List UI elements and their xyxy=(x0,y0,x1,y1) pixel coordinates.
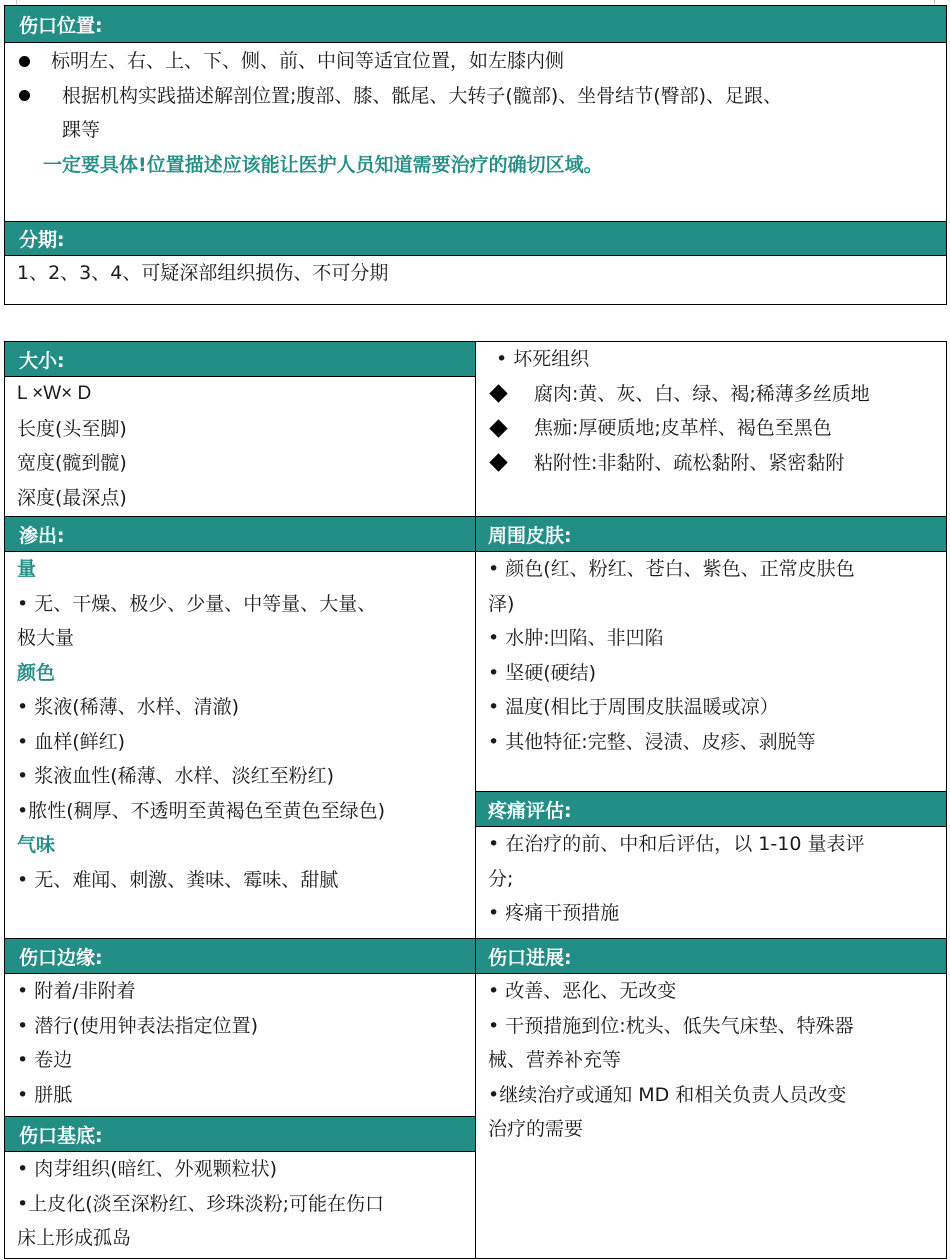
diamond-bullet-icon xyxy=(489,454,507,472)
progress-line: 械、营养补充等 xyxy=(476,1043,946,1078)
diamond-bullet-icon xyxy=(489,385,507,403)
size-header: 大小: xyxy=(5,342,475,377)
periwound-title: 周围皮肤: xyxy=(488,521,572,548)
exudate-color-line: • 浆液血性(稀薄、水样、淡红至粉红) xyxy=(5,759,475,794)
pain-cell: 疼痛评估: • 在治疗的前、中和后评估，以 1-10 量表评 分; • 疼痛干预… xyxy=(476,791,946,938)
necrotic-item: 焦痂:厚硬质地;皮革样、褐色至黑色 xyxy=(476,411,946,446)
periwound-cell: 周围皮肤: • 颜色(红、粉红、苍白、紫色、正常皮肤色 泽) • 水肿:凹陷、非… xyxy=(476,516,946,791)
exudate-color-line: •脓性(稠厚、不透明至黄褐色至黄色至绿色) xyxy=(5,794,475,829)
location-bullet-1: 标明左、右、上、下、侧、前、中间等适宜位置，如左膝内侧 xyxy=(5,44,946,79)
diamond-bullet-icon xyxy=(489,419,507,437)
necrotic-item: 粘附性:非黏附、疏松黏附、紧密黏附 xyxy=(476,446,946,481)
edges-line: • 胼胝 xyxy=(5,1078,475,1113)
exudate-title: 渗出: xyxy=(19,521,65,548)
progress-title: 伤口进展: xyxy=(488,943,572,970)
edges-line: • 附着/非附着 xyxy=(5,974,475,1009)
size-line: 宽度(髋到髋) xyxy=(5,446,475,481)
exudate-color-line: • 浆液(稀薄、水样、清澈) xyxy=(5,690,475,725)
pain-line: • 在治疗的前、中和后评估，以 1-10 量表评 xyxy=(476,827,946,862)
staging-text: 1、2、3、4、可疑深部组织损伤、不可分期 xyxy=(5,256,946,291)
pain-line: • 疼痛干预措施 xyxy=(476,896,946,931)
edges-title: 伤口边缘: xyxy=(19,943,103,970)
location-title: 伤口位置: xyxy=(19,11,103,38)
necrotic-cell: • 坏死组织 腐肉:黄、灰、白、绿、褐;稀薄多丝质地 焦痂:厚硬质地;皮革样、褐… xyxy=(476,342,946,517)
periwound-line: • 温度(相比于周围皮肤温暖或凉） xyxy=(476,690,946,725)
periwound-line: 泽) xyxy=(476,587,946,622)
pain-header: 疼痛评估: xyxy=(476,791,946,827)
necrotic-lead: • 坏死组织 xyxy=(476,342,946,377)
progress-line: • 干预措施到位:枕头、低失气床垫、特殊器 xyxy=(476,1009,946,1044)
size-cell: 大小: L ×W× D 长度(头至脚) 宽度(髋到髋) 深度(最深点) xyxy=(5,342,475,517)
exudate-color-line: • 血样(鲜红) xyxy=(5,725,475,760)
location-header: 伤口位置: xyxy=(5,6,946,43)
progress-line: •继续治疗或通知 MD 和相关负责人员改变 xyxy=(476,1078,946,1113)
progress-cell: 伤口进展: • 改善、恶化、无改变 • 干预措施到位:枕头、低失气床垫、特殊器 … xyxy=(476,938,946,1258)
progress-line: 治疗的需要 xyxy=(476,1112,946,1147)
assessment-grid: 大小: L ×W× D 长度(头至脚) 宽度(髋到髋) 深度(最深点) 渗出: … xyxy=(4,341,947,1259)
location-staging-table: 伤口位置: 标明左、右、上、下、侧、前、中间等适宜位置，如左膝内侧 根据机构实践… xyxy=(4,5,947,305)
exudate-amount-line: 极大量 xyxy=(5,621,475,656)
periwound-line: • 颜色(红、粉红、苍白、紫色、正常皮肤色 xyxy=(476,552,946,587)
necrotic-item: 腐肉:黄、灰、白、绿、褐;稀薄多丝质地 xyxy=(476,377,946,412)
exudate-odor-line: • 无、难闻、刺激、粪味、霉味、甜腻 xyxy=(5,863,475,898)
size-line: 深度(最深点) xyxy=(5,481,475,516)
exudate-odor-label: 气味 xyxy=(5,828,475,863)
edges-header: 伤口边缘: xyxy=(5,938,475,974)
staging-header: 分期: xyxy=(5,221,946,256)
edges-line: • 潜行(使用钟表法指定位置) xyxy=(5,1009,475,1044)
base-line: • 肉芽组织(暗红、外观颗粒状) xyxy=(5,1152,475,1187)
base-title: 伤口基底: xyxy=(19,1121,103,1148)
base-line: 床上形成孤岛 xyxy=(5,1221,475,1256)
pain-line: 分; xyxy=(476,862,946,897)
base-line: •上皮化(淡至深粉红、珍珠淡粉;可能在伤口 xyxy=(5,1187,475,1222)
size-title: 大小: xyxy=(19,346,65,373)
progress-line: • 改善、恶化、无改变 xyxy=(476,974,946,1009)
edges-cell: 伤口边缘: • 附着/非附着 • 潜行(使用钟表法指定位置) • 卷边 • 胼胝 xyxy=(5,938,475,1116)
bullet-dot-icon xyxy=(19,56,30,67)
size-line: 长度(头至脚) xyxy=(5,412,475,447)
location-bullet-2: 根据机构实践描述解剖位置;腹部、膝、骶尾、大转子(髋部)、坐骨结节(臀部)、足跟… xyxy=(5,79,946,114)
staging-title: 分期: xyxy=(19,225,65,252)
size-line: L ×W× D xyxy=(5,377,475,412)
location-bullet-2-cont: 踝等 xyxy=(5,113,946,148)
edges-line: • 卷边 xyxy=(5,1043,475,1078)
periwound-header: 周围皮肤: xyxy=(476,516,946,552)
exudate-header: 渗出: xyxy=(5,516,475,552)
exudate-cell: 渗出: 量 • 无、干燥、极少、少量、中等量、大量、 极大量 颜色 • 浆液(稀… xyxy=(5,516,475,938)
exudate-color-label: 颜色 xyxy=(5,656,475,691)
base-header: 伤口基底: xyxy=(5,1116,475,1152)
periwound-line: • 水肿:凹陷、非凹陷 xyxy=(476,621,946,656)
location-note: 一定要具体!位置描述应该能让医护人员知道需要治疗的确切区域。 xyxy=(5,148,946,183)
exudate-amount-line: • 无、干燥、极少、少量、中等量、大量、 xyxy=(5,587,475,622)
periwound-line: • 其他特征:完整、浸渍、皮疹、剥脱等 xyxy=(476,725,946,760)
periwound-line: • 坚硬(硬结) xyxy=(476,656,946,691)
bullet-dot-icon xyxy=(19,90,30,101)
pain-title: 疼痛评估: xyxy=(488,796,572,823)
location-body: 标明左、右、上、下、侧、前、中间等适宜位置，如左膝内侧 根据机构实践描述解剖位置… xyxy=(5,43,946,221)
base-cell: 伤口基底: • 肉芽组织(暗红、外观颗粒状) •上皮化(淡至深粉红、珍珠淡粉;可… xyxy=(5,1116,475,1258)
exudate-amount-label: 量 xyxy=(5,552,475,587)
progress-header: 伤口进展: xyxy=(476,938,946,974)
